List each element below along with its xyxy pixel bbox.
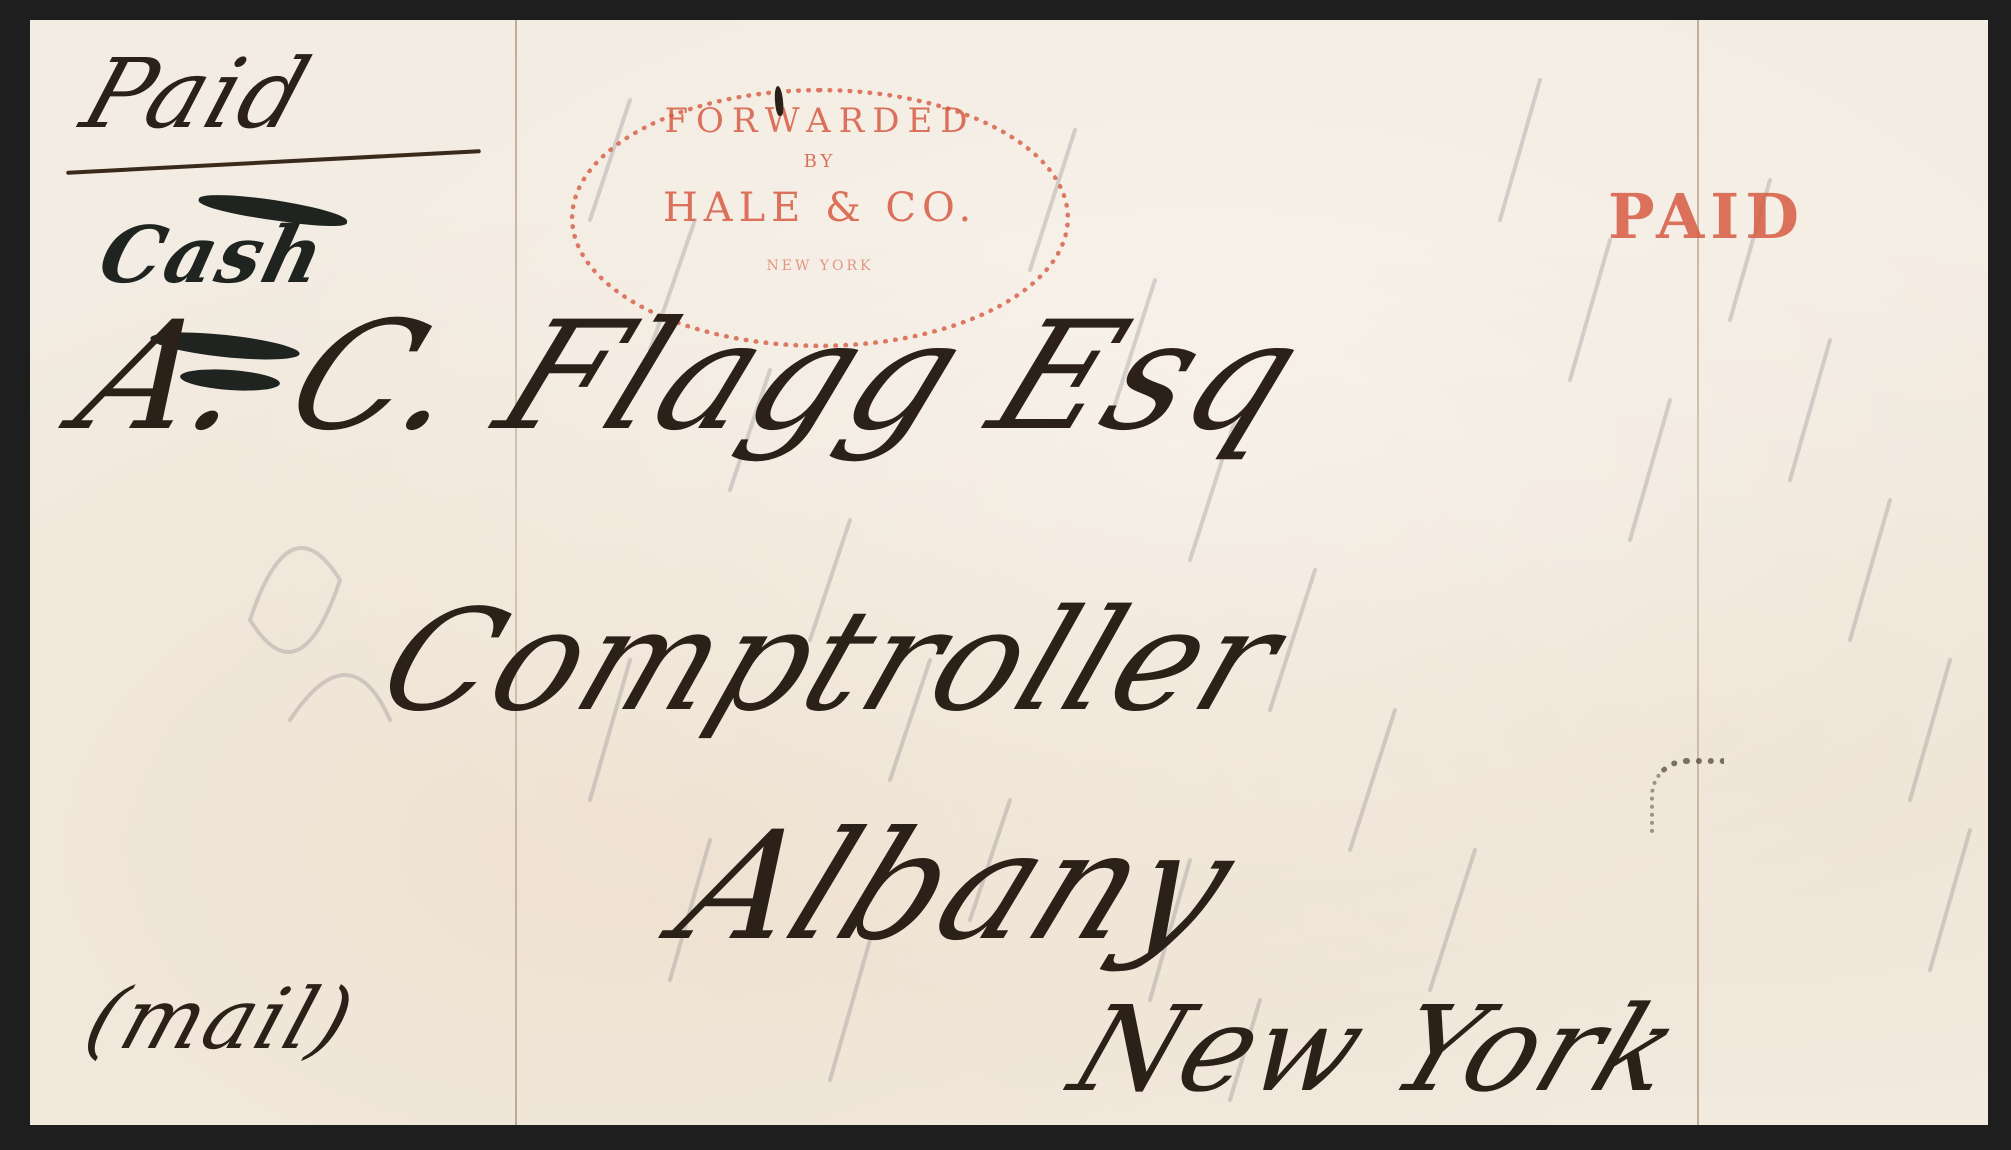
manuscript-cash-note: Cash	[91, 210, 335, 301]
handstamp-city-text: NEW YORK	[575, 258, 1065, 274]
address-title: Comptroller	[360, 580, 1302, 743]
address-addressee: A. C. Flagg Esq	[55, 290, 1327, 464]
paid-underline	[66, 149, 481, 175]
fold-line-left	[515, 20, 517, 1125]
handstamp-company-name: HALE & CO.	[575, 185, 1065, 231]
folded-letter-cover: Paid Cash FORWARDED BY HALE & CO. NEW YO…	[30, 20, 1988, 1125]
handstamp-by-text: BY	[575, 151, 1065, 172]
manuscript-mail-note: (mail)	[74, 970, 367, 1068]
address-state: New York	[1055, 980, 1699, 1118]
manuscript-paid-note: Paid	[70, 38, 324, 150]
paid-postal-marking: PAID	[1608, 180, 1805, 253]
handstamp-forwarded-text: FORWARDED	[575, 101, 1065, 141]
photo-backdrop: Paid Cash FORWARDED BY HALE & CO. NEW YO…	[0, 0, 2011, 1150]
pencil-mark	[1650, 758, 1724, 834]
address-city: Albany	[655, 800, 1260, 974]
